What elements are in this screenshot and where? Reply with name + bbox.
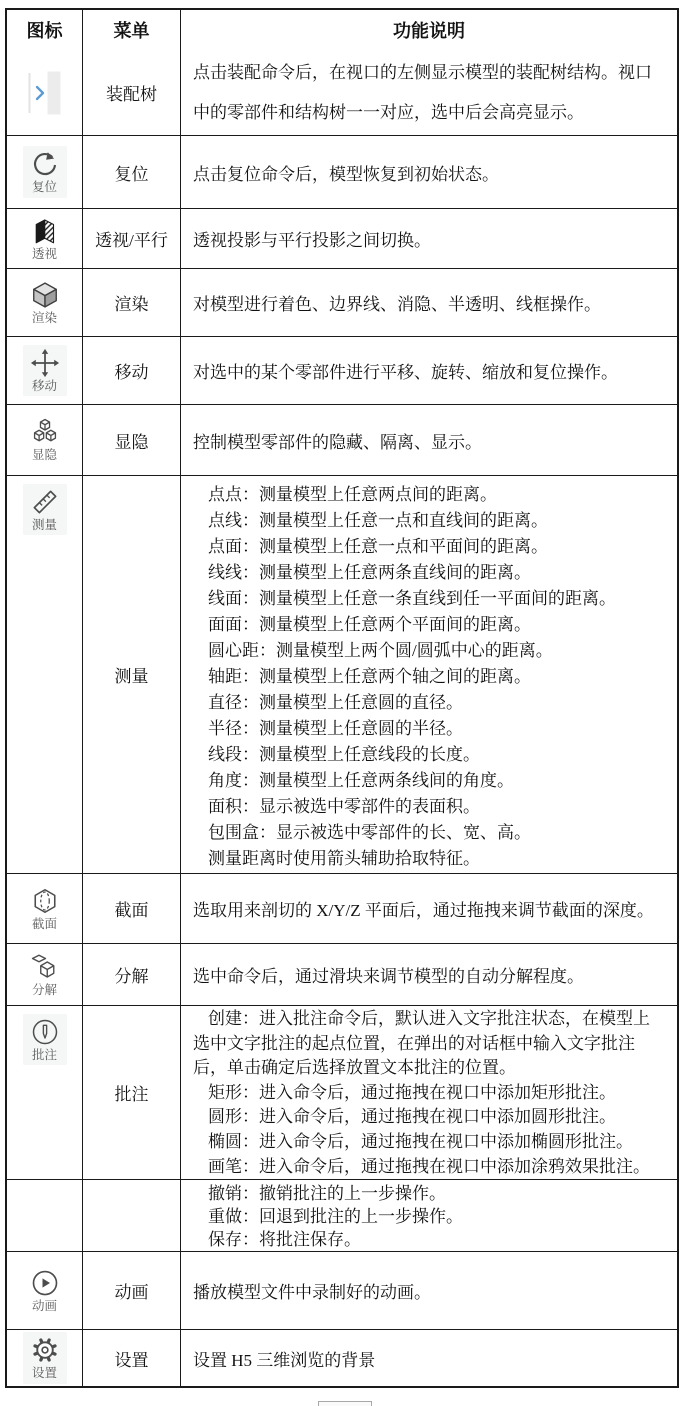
icon-label: 分解 [32,983,57,997]
icon-cell: 分解 [7,944,82,1005]
table-row-reset: 复位复位点击复位命令后，模型恢复到初始状态。 [7,135,677,208]
icon-cell: 显隐 [7,405,82,475]
description-line: 保存：将批注保存。 [193,1228,665,1251]
description-cell: 透视投影与平行投影之间切换。 [180,209,677,268]
description-cell: 点击装配命令后，在视口的左侧显示模型的装配树结构。视口中的零部件和结构树一一对应… [180,50,677,135]
document-page: { "colors": { "accent_blue": "#5b9bd5", … [0,0,683,1406]
description-line: 面面：测量模型上任意两个平面间的距离。 [193,612,665,638]
description-line: 撤销：撤销批注的上一步操作。 [193,1182,665,1205]
icon-label: 动画 [32,1299,57,1313]
function-table: 图标 菜单 功能说明 装配树点击装配命令后，在视口的左侧显示模型的装配树结构。视… [5,8,679,1388]
description-line: 画笔：进入命令后，通过拖拽在视口中添加涂鸦效果批注。 [193,1155,665,1180]
description-cell: 选取用来剖切的 X/Y/Z 平面后，通过拖拽来调节截面的深度。 [180,874,677,943]
menu-cell: 分解 [82,944,180,1005]
icon-label: 渲染 [32,311,57,325]
description-line: 后，单击确定后选择放置文本批注的位置。 [193,1056,665,1081]
description-line: 中的零部件和结构树一一对应，选中后会高亮显示。 [193,93,665,133]
description-line: 轴距：测量模型上任意两个轴之间的距离。 [193,664,665,690]
reset-icon: 复位 [23,146,67,197]
header-cell-menu: 菜单 [82,10,180,50]
menu-cell: 设置 [82,1330,180,1386]
icon-cell [7,1180,82,1251]
table-row-render: 渲染渲染对模型进行着色、边界线、消隐、半透明、线框操作。 [7,268,677,336]
description-line: 矩形：进入命令后，通过拖拽在视口中添加矩形批注。 [193,1081,665,1106]
measure-ruler-icon: 测量 [23,484,67,535]
menu-label: 分解 [115,962,149,987]
table-row-show-hide: 显隐显隐控制模型零部件的隐藏、隔离、显示。 [7,404,677,475]
icon-cell: 测量 [7,476,82,873]
menu-label: 设置 [115,1346,149,1371]
render-cube-icon: 渲染 [23,277,67,328]
description-line: 控制模型零部件的隐藏、隔离、显示。 [193,428,665,453]
description-line: 测量距离时使用箭头辅助拾取特征。 [193,846,665,872]
menu-label: 动画 [115,1278,149,1303]
table-body: 装配树点击装配命令后，在视口的左侧显示模型的装配树结构。视口中的零部件和结构树一… [7,50,677,1386]
description-line: 半径：测量模型上任意圆的半径。 [193,716,665,742]
annotate-icon: 批注 [23,1014,67,1065]
description-line: 设置 H5 三维浏览的背景 [193,1346,665,1371]
description-line: 线段：测量模型上任意线段的长度。 [193,742,665,768]
description-line: 线线：测量模型上任意两条直线间的距离。 [193,560,665,586]
menu-label: 截面 [115,896,149,921]
description-line: 播放模型文件中录制好的动画。 [193,1278,665,1303]
table-row-perspective: 透视透视/平行透视投影与平行投影之间切换。 [7,208,677,268]
table-row-move: 移动移动对选中的某个零部件进行平移、旋转、缩放和复位操作。 [7,336,677,404]
menu-cell: 移动 [82,337,180,404]
menu-label: 批注 [115,1080,149,1105]
icon-label: 截面 [32,917,57,931]
description-line: 点击装配命令后，在视口的左侧显示模型的装配树结构。视口 [193,53,665,93]
description-line: 对模型进行着色、边界线、消隐、半透明、线框操作。 [193,290,665,315]
header-cell-description: 功能说明 [180,10,677,50]
description-cell: 播放模型文件中录制好的动画。 [180,1252,677,1329]
description-cell: 创建：进入批注命令后，默认进入文字批注状态，在模型上选中文字批注的起点位置，在弹… [180,1006,677,1179]
menu-label: 渲染 [115,290,149,315]
description-line: 选中命令后，通过滑块来调节模型的自动分解程度。 [193,962,665,987]
menu-cell: 测量 [82,476,180,873]
description-cell: 设置 H5 三维浏览的背景 [180,1330,677,1386]
menu-cell: 显隐 [82,405,180,475]
icon-label: 测量 [32,518,57,532]
description-cell: 对模型进行着色、边界线、消隐、半透明、线框操作。 [180,269,677,336]
icon-cell: 设置 [7,1330,82,1386]
panel-expand-icon [20,67,70,119]
header-label-icon: 图标 [27,17,63,43]
menu-cell: 截面 [82,874,180,943]
icon-cell: 透视 [7,209,82,268]
icon-cell: 复位 [7,136,82,208]
description-line: 圆心距：测量模型上两个圆/圆弧中心的距离。 [193,638,665,664]
menu-label: 透视/平行 [95,226,168,251]
explode-icon: 分解 [23,949,67,1000]
table-row-section: 截面截面选取用来剖切的 X/Y/Z 平面后，通过拖拽来调节截面的深度。 [7,873,677,943]
icon-cell: 批注 [7,1006,82,1179]
description-cell: 控制模型零部件的隐藏、隔离、显示。 [180,405,677,475]
description-line: 角度：测量模型上任意两条线间的角度。 [193,768,665,794]
table-row-assembly: 装配树点击装配命令后，在视口的左侧显示模型的装配树结构。视口中的零部件和结构树一… [7,50,677,135]
description-line: 创建：进入批注命令后，默认进入文字批注状态，在模型上 [193,1007,665,1032]
table-header-row: 图标 菜单 功能说明 [7,10,677,50]
icon-label: 显隐 [32,448,57,462]
play-icon: 动画 [23,1265,67,1316]
description-line: 点击复位命令后，模型恢复到初始状态。 [193,160,665,185]
table-row-settings: 设置设置设置 H5 三维浏览的背景 [7,1329,677,1386]
menu-cell: 渲染 [82,269,180,336]
icon-cell [7,50,82,135]
menu-label: 测量 [115,662,149,687]
page-footer-partial [318,1401,372,1406]
description-line: 点线：测量模型上任意一点和直线间的距离。 [193,508,665,534]
icon-label: 批注 [32,1048,57,1062]
description-line: 线面：测量模型上任意一条直线到任一平面间的距离。 [193,586,665,612]
description-line: 椭圆：进入命令后，通过拖拽在视口中添加椭圆形批注。 [193,1130,665,1155]
table-row-explode: 分解分解选中命令后，通过滑块来调节模型的自动分解程度。 [7,943,677,1005]
icon-cell: 渲染 [7,269,82,336]
description-cell: 选中命令后，通过滑块来调节模型的自动分解程度。 [180,944,677,1005]
description-line: 圆形：进入命令后，通过拖拽在视口中添加圆形批注。 [193,1105,665,1130]
description-cell: 点击复位命令后，模型恢复到初始状态。 [180,136,677,208]
icon-label: 设置 [32,1366,57,1380]
description-line: 选中文字批注的起点位置，在弹出的对话框中输入文字批注 [193,1032,665,1057]
description-line: 选取用来剖切的 X/Y/Z 平面后，通过拖拽来调节截面的深度。 [193,896,665,921]
menu-cell: 动画 [82,1252,180,1329]
menu-label: 复位 [115,160,149,185]
description-line: 透视投影与平行投影之间切换。 [193,226,665,251]
menu-cell: 批注 [82,1006,180,1179]
table-row-annotate: 批注批注创建：进入批注命令后，默认进入文字批注状态，在模型上选中文字批注的起点位… [7,1005,677,1179]
description-line: 对选中的某个零部件进行平移、旋转、缩放和复位操作。 [193,358,665,383]
description-cell: 点点：测量模型上任意两点间的距离。点线：测量模型上任意一点和直线间的距离。点面：… [180,476,677,873]
description-line: 点面：测量模型上任意一点和平面间的距离。 [193,534,665,560]
menu-cell: 装配树 [82,50,180,135]
icon-label: 复位 [32,180,57,194]
section-icon: 截面 [23,883,67,934]
icon-cell: 截面 [7,874,82,943]
header-cell-icon: 图标 [7,10,82,50]
header-label-description: 功能说明 [393,17,465,43]
icon-cell: 动画 [7,1252,82,1329]
gear-icon: 设置 [23,1332,67,1383]
description-line: 包围盒：显示被选中零部件的长、宽、高。 [193,820,665,846]
description-line: 重做：回退到批注的上一步操作。 [193,1205,665,1228]
description-line: 直径：测量模型上任意圆的直径。 [193,690,665,716]
menu-label: 显隐 [115,428,149,453]
description-cell: 撤销：撤销批注的上一步操作。重做：回退到批注的上一步操作。保存：将批注保存。 [180,1180,677,1251]
description-line: 面积：显示被选中零部件的表面积。 [193,794,665,820]
icon-label: 透视 [32,247,57,261]
table-row-measure: 测量测量点点：测量模型上任意两点间的距离。点线：测量模型上任意一点和直线间的距离… [7,475,677,873]
menu-cell: 透视/平行 [82,209,180,268]
table-row-animation: 动画动画播放模型文件中录制好的动画。 [7,1251,677,1329]
show-hide-icon: 显隐 [23,414,67,465]
table-row-annotate-extra: 撤销：撤销批注的上一步操作。重做：回退到批注的上一步操作。保存：将批注保存。 [7,1179,677,1251]
description-cell: 对选中的某个零部件进行平移、旋转、缩放和复位操作。 [180,337,677,404]
menu-cell [82,1180,180,1251]
move-icon: 移动 [23,345,67,396]
perspective-icon: 透视 [23,213,67,264]
menu-label: 装配树 [106,80,157,105]
description-line: 点点：测量模型上任意两点间的距离。 [193,482,665,508]
icon-label: 移动 [32,379,57,393]
menu-cell: 复位 [82,136,180,208]
menu-label: 移动 [115,358,149,383]
icon-cell: 移动 [7,337,82,404]
header-label-menu: 菜单 [114,17,150,43]
